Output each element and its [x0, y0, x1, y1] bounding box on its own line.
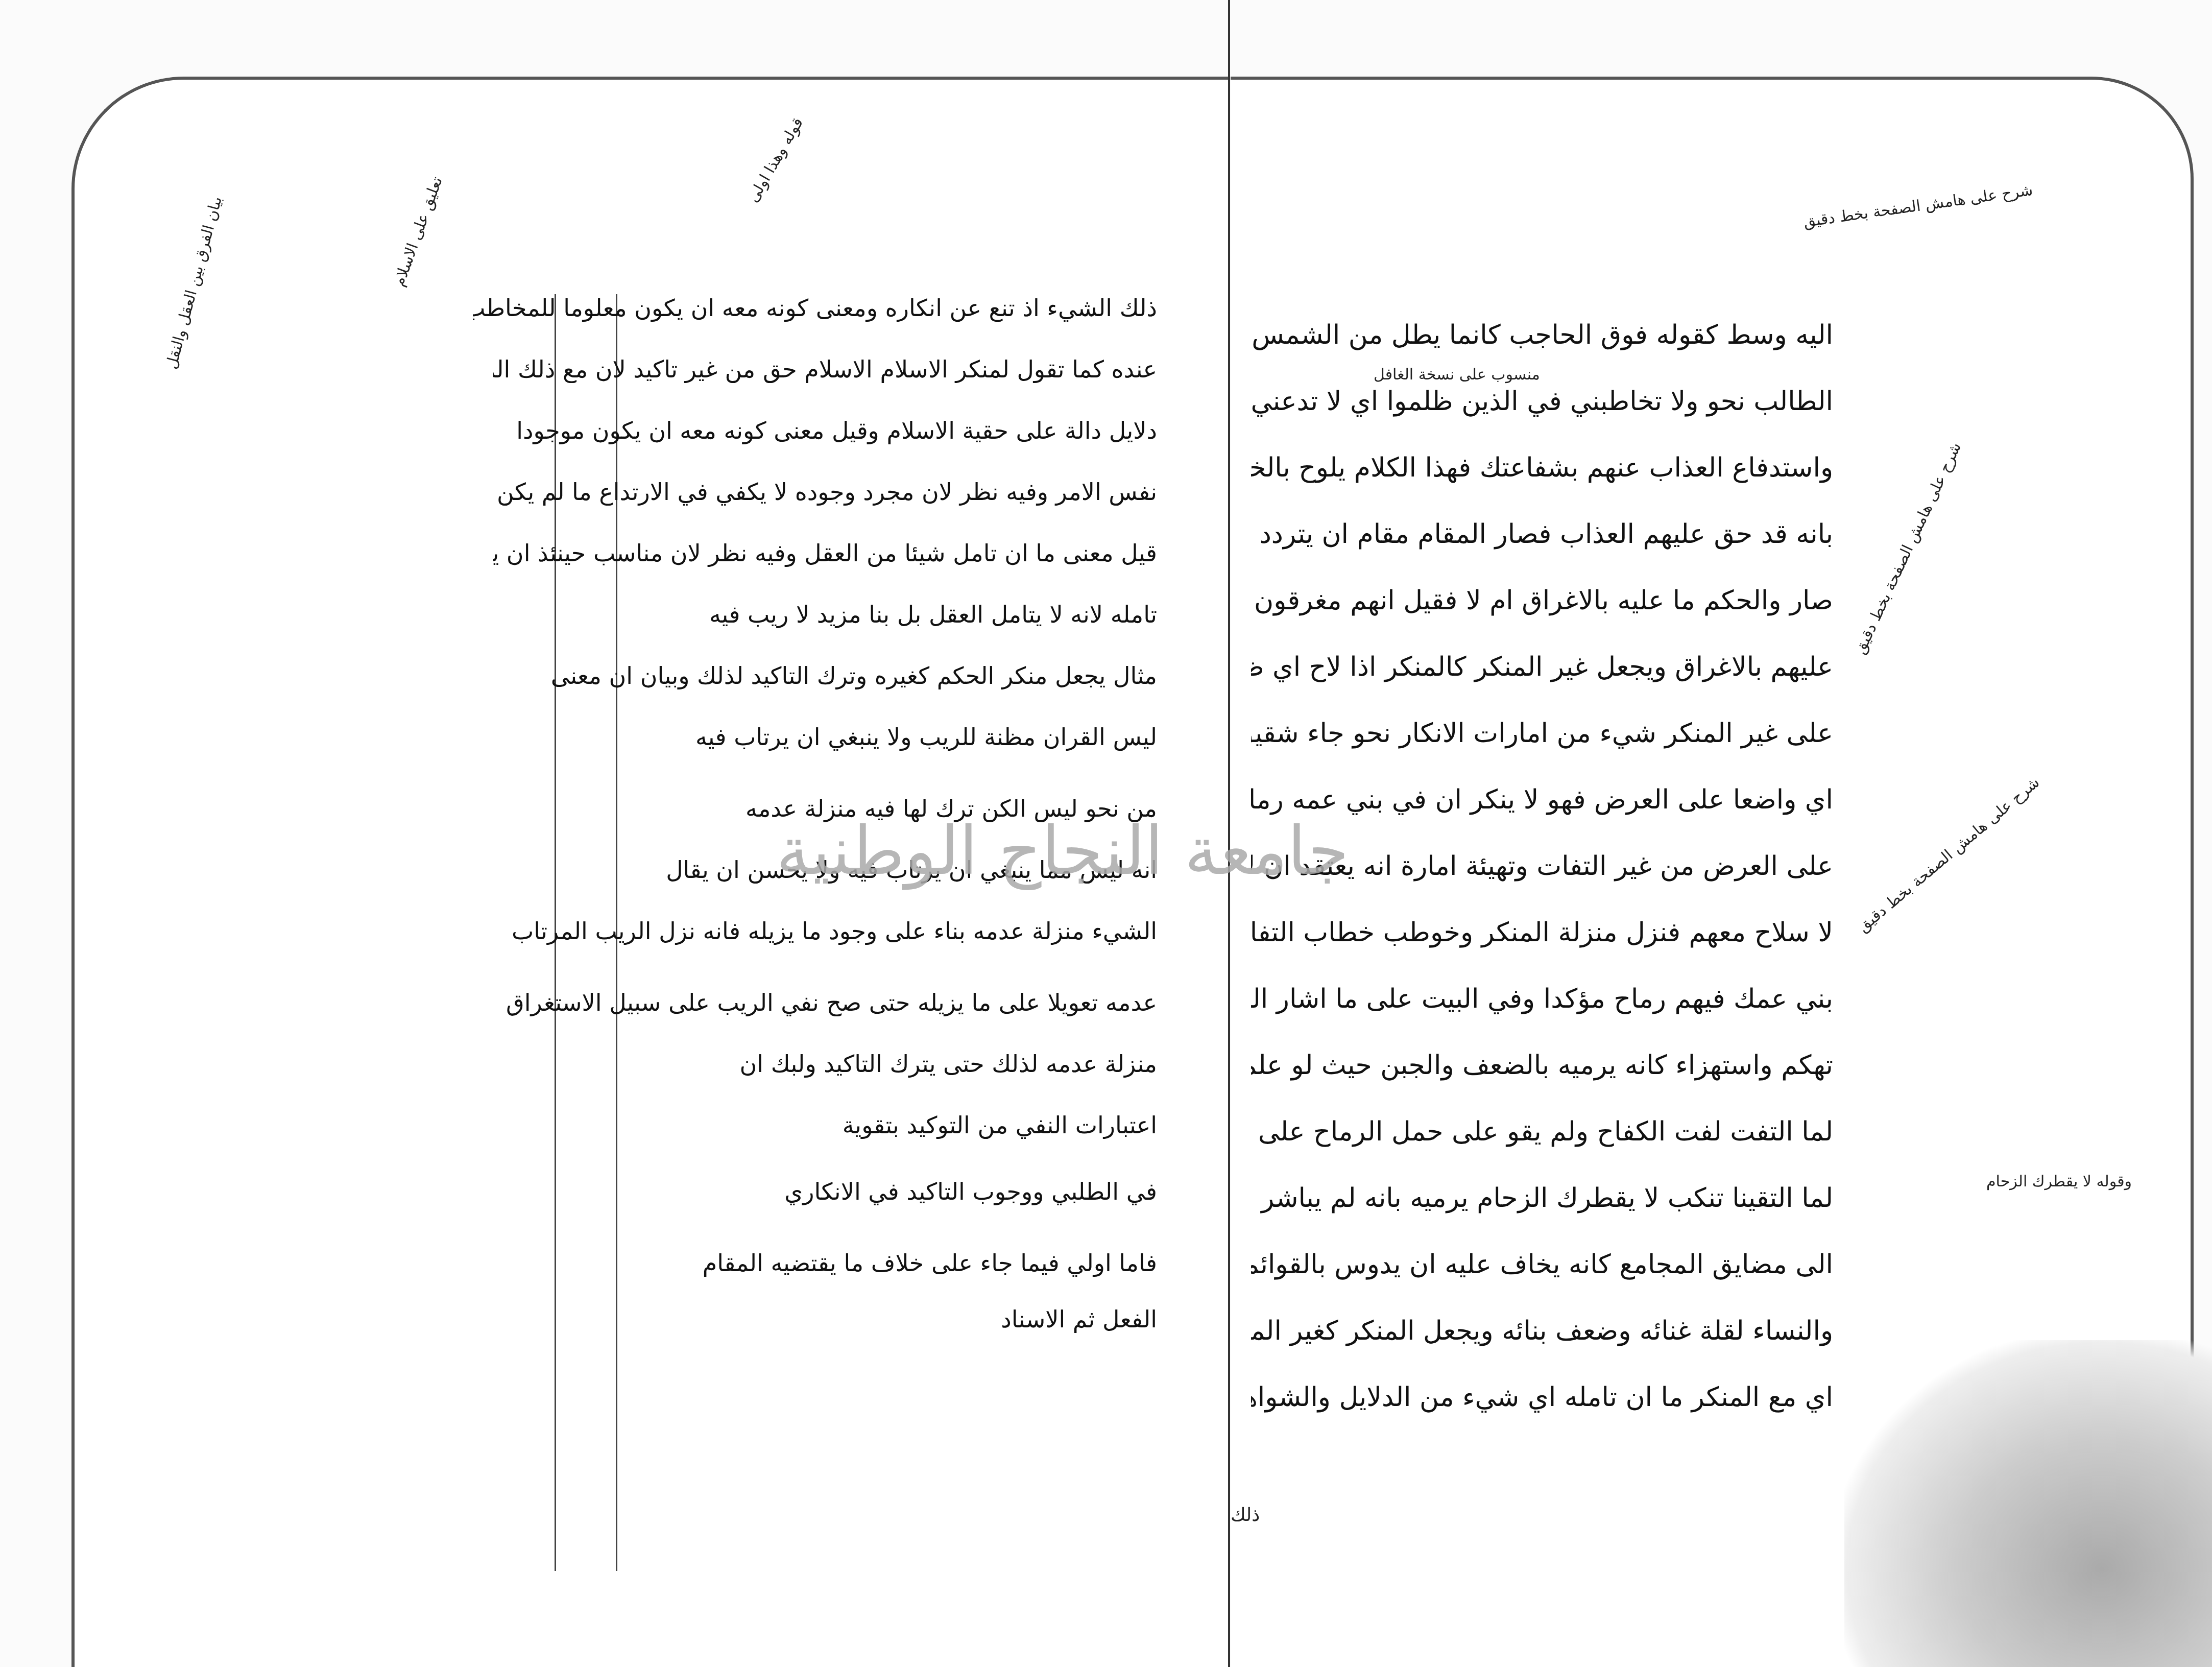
- text-line: اليه وسط كقوله فوق الحاجب كانما يطل من ا…: [1251, 320, 1833, 350]
- text-line: في الطلبي ووجوب التاكيد في الانكاري: [493, 1178, 1157, 1205]
- text-line: بني عمك فيهم رماح مؤكدا وفي البيت على ما…: [1251, 984, 1833, 1014]
- text-line: لا سلاح معهم فنزل منزلة المنكر وخوطب خطا…: [1251, 917, 1833, 948]
- text-line: الطالب نحو ولا تخاطبني في الذين ظلموا اي…: [1251, 386, 1833, 417]
- text-line: اعتبارات النفي من التوكيد بتقوية: [493, 1111, 1157, 1139]
- text-line: عدمه تعويلا على ما يزيله حتى صح نفي الري…: [493, 989, 1157, 1016]
- text-line: منزلة عدمه لذلك حتى يترك التاكيد ولبك ان: [493, 1050, 1157, 1078]
- text-line: صار والحكم ما عليه بالاغراق ام لا فقيل ا…: [1251, 585, 1833, 616]
- library-watermark: جامعة النجاح الوطنية: [776, 812, 1349, 890]
- text-line: تهكم واستهزاء كانه يرميه بالضعف والجبن ح…: [1251, 1050, 1833, 1081]
- text-line: اي واضعا على العرض فهو لا ينكر ان في بني…: [1251, 784, 1833, 815]
- thumb-shadow: [1844, 1340, 2212, 1667]
- text-line: قيل معنى ما ان تامل شيئا من العقل وفيه ن…: [493, 539, 1157, 567]
- text-line: على غير المنكر شيء من امارات الانكار نحو…: [1251, 718, 1833, 749]
- text-line: والنساء لقلة غنائه وضعف بنائه ويجعل المن…: [1251, 1316, 1833, 1346]
- text-line: عنده كما تقول لمنكر الاسلام الاسلام حق م…: [493, 355, 1157, 383]
- text-line: ليس القران مظنة للريب ولا ينبغي ان يرتاب…: [493, 723, 1157, 751]
- text-line: مثال يجعل منكر الحكم كغيره وترك التاكيد …: [493, 662, 1157, 689]
- margin-gloss: تعليق على الاسلام: [390, 174, 446, 289]
- margin-gloss: شرح على هامش الصفحة بخط دقيق: [1802, 181, 2034, 231]
- text-line: الى مضايق المجامع كانه يخاف عليه ان يدوس…: [1251, 1249, 1833, 1280]
- text-line: فاما اولي فيما جاء على خلاف ما يقتضيه ال…: [493, 1249, 1157, 1277]
- text-line: لما التقينا تنكب لا يقطرك الزحام يرميه ب…: [1251, 1183, 1833, 1213]
- margin-gloss: وقوله لا يقطرك الزحام: [1986, 1173, 2132, 1190]
- margin-gloss: شرح على هامش الصفحة بخط دقيق: [1851, 440, 1965, 657]
- text-line: واستدفاع العذاب عنهم بشفاعتك فهذا الكلام…: [1251, 453, 1833, 483]
- catchword: ذلك: [1231, 1505, 1260, 1526]
- margin-gloss: شرح على هامش الصفحة بخط دقيق: [1855, 774, 2043, 936]
- text-line: بانه قد حق عليهم العذاب فصار المقام مقام…: [1251, 519, 1833, 550]
- text-line: تامله لانه لا يتامل العقل بل بنا مزيد لا…: [493, 601, 1157, 628]
- text-line: الفعل ثم الاسناد: [493, 1305, 1157, 1333]
- margin-gloss: قوله وهذا اولى: [744, 114, 807, 205]
- text-line: دلايل دالة على حقية الاسلام وقيل معنى كو…: [493, 417, 1157, 444]
- text-line: اي مع المنكر ما ان تامله اي شيء من الدلا…: [1251, 1382, 1833, 1413]
- text-line: نفس الامر وفيه نظر لان مجرد وجوده لا يكف…: [493, 478, 1157, 506]
- margin-gloss: بيان الفرق بين العقل والنقل: [162, 195, 226, 371]
- text-line: الشيء منزلة عدمه بناء على وجود ما يزيله …: [493, 917, 1157, 945]
- margin-gloss: منسوب على نسخة الغافل: [1374, 366, 1540, 384]
- text-line: عليهم بالاغراق ويجعل غير المنكر كالمنكر …: [1251, 652, 1833, 682]
- text-line: ذلك الشيء اذ تنع عن انكاره ومعنى كونه مع…: [473, 294, 1157, 322]
- manuscript-scan: قوله وهذا اولى تعليق على الاسلام بيان ال…: [0, 0, 2212, 1667]
- text-line: لما التفت لفت الكفاح ولم يقو على حمل الر…: [1251, 1116, 1833, 1147]
